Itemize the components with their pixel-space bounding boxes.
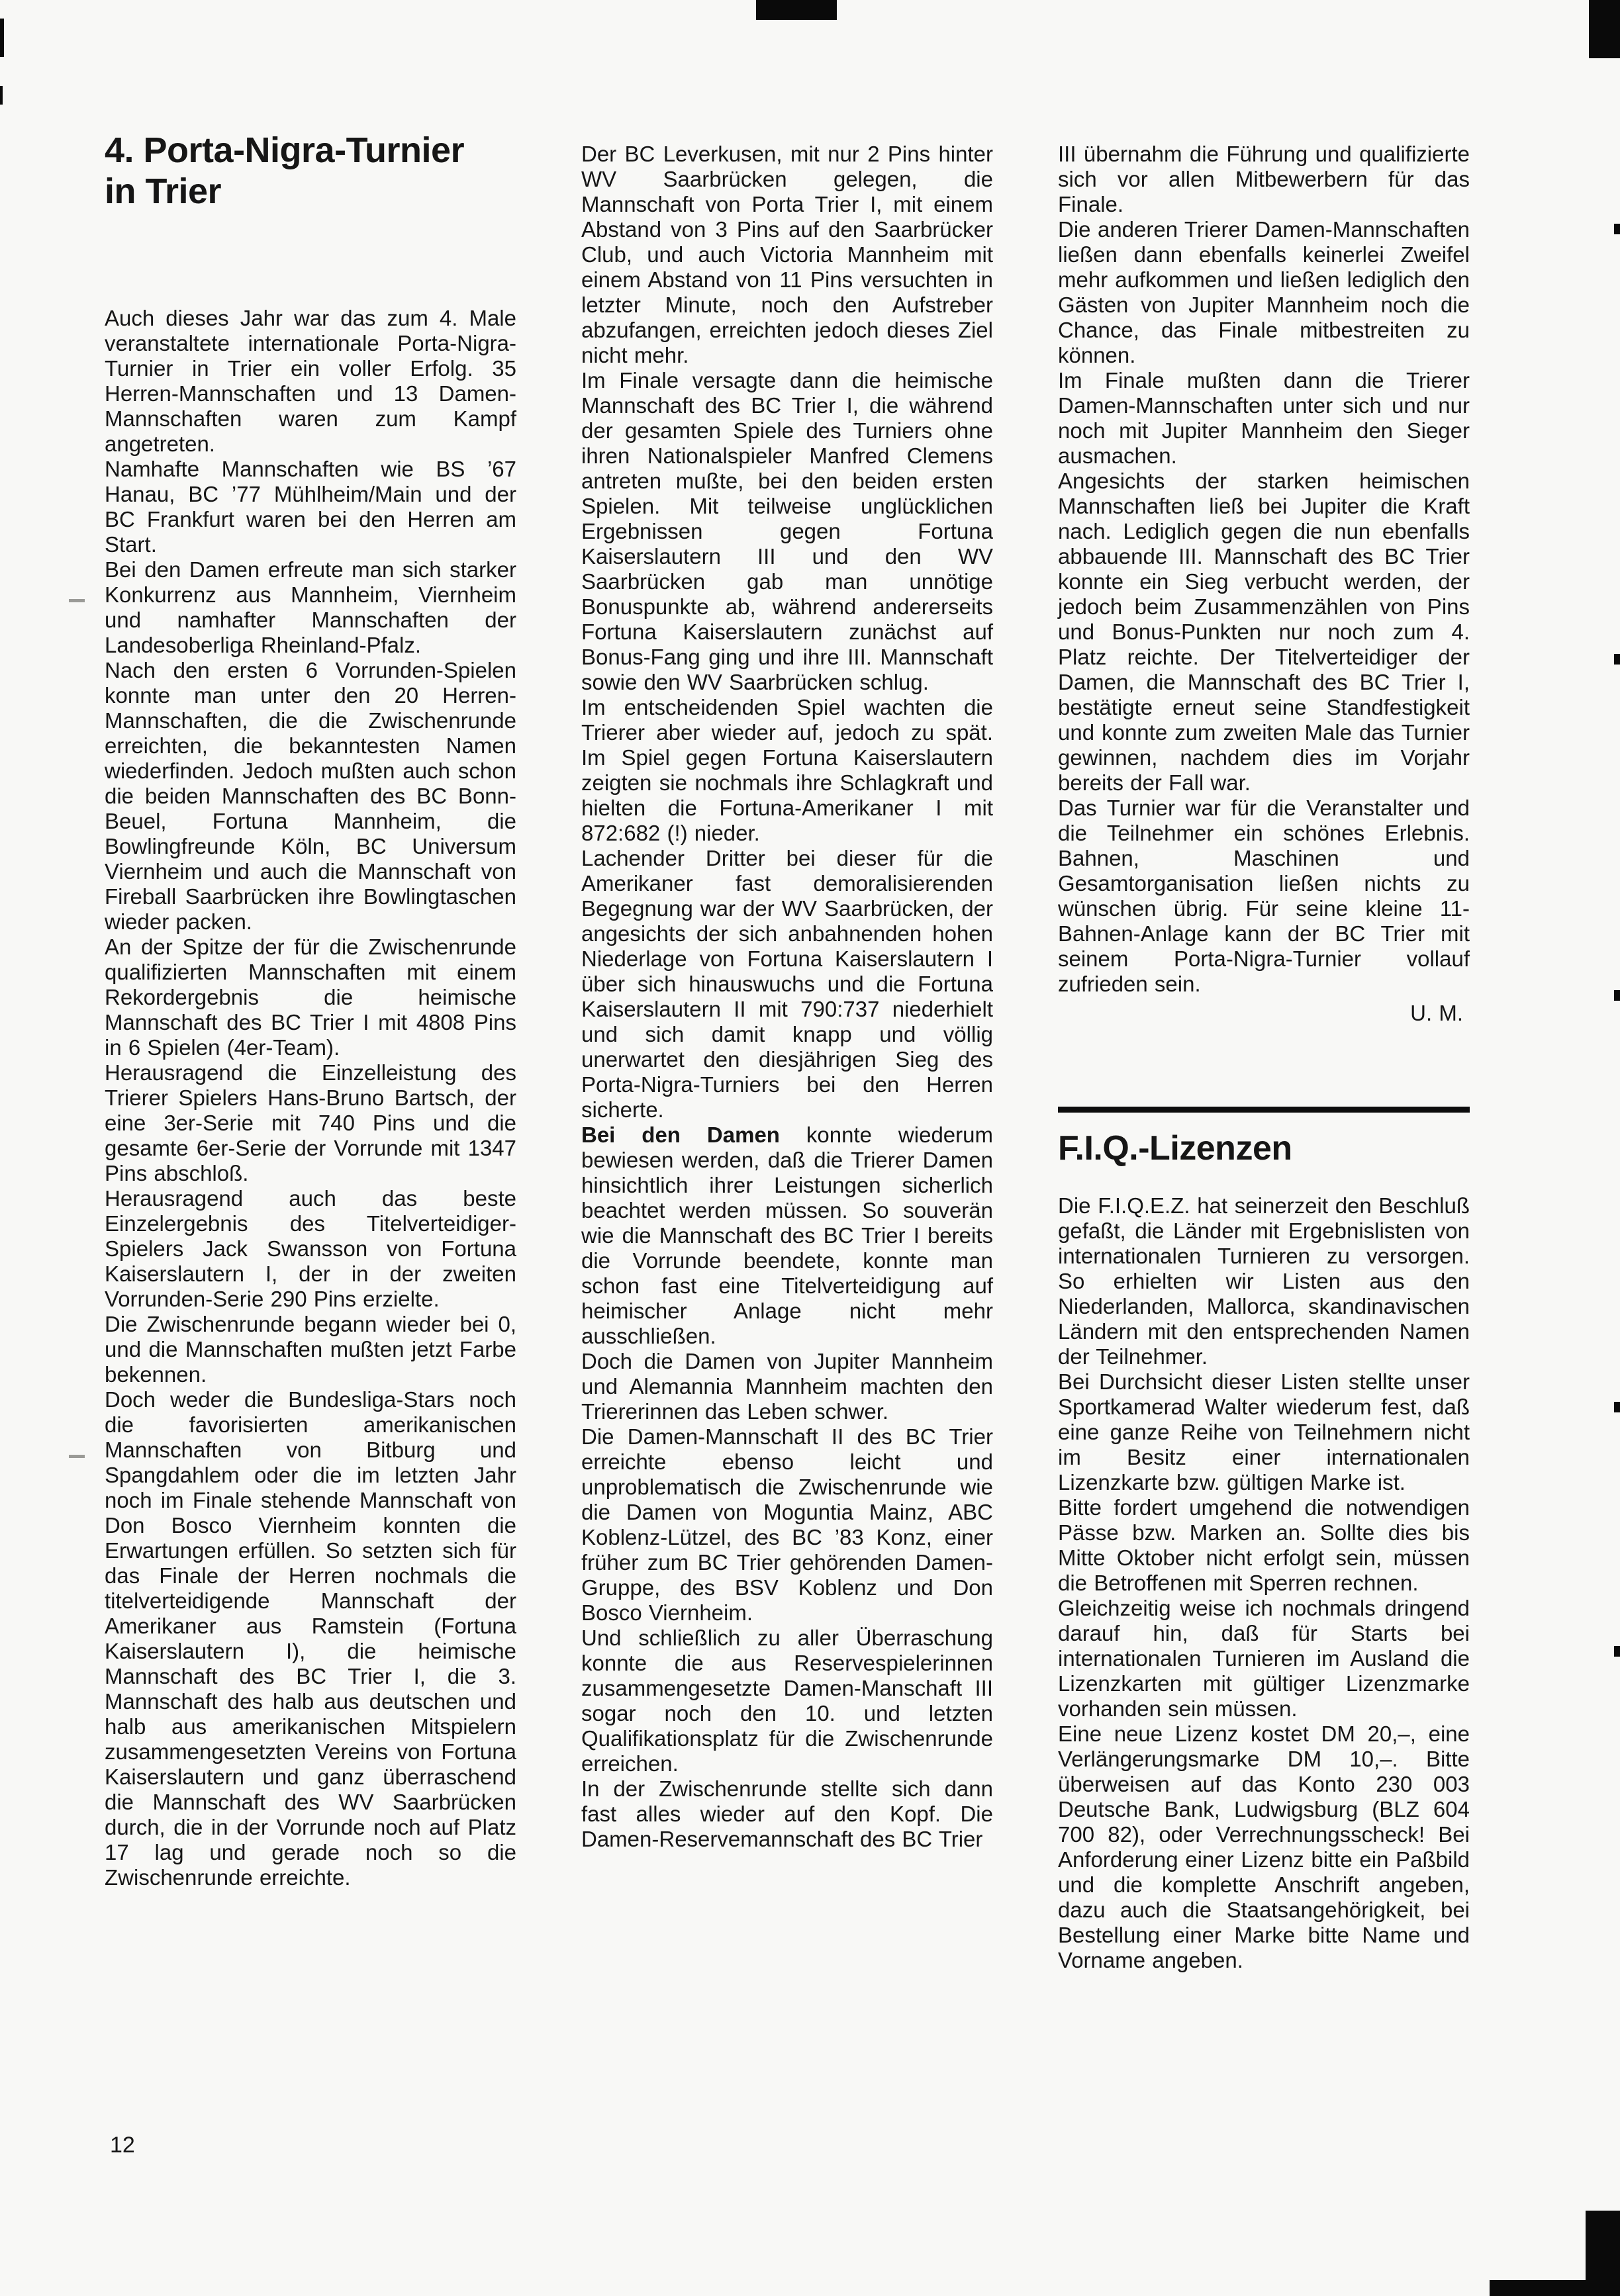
paragraph: Angesichts der starken heimischen Mannsc… xyxy=(1058,469,1470,796)
paragraph: Bei den Damen konnte wiederum bewiesen w… xyxy=(581,1123,993,1349)
paragraph: Gleichzeitig weise ich nochmals dringend… xyxy=(1058,1596,1470,1722)
scan-artifact-top-right-strip xyxy=(1589,0,1620,58)
paragraph: Im Finale mußten dann die Trierer Damen-… xyxy=(1058,368,1470,469)
section-divider-rule xyxy=(1058,1107,1470,1113)
paragraph: Die Damen-Mannschaft II des BC Trier err… xyxy=(581,1424,993,1626)
paragraph: Bei Durchsicht dieser Listen stellte uns… xyxy=(1058,1369,1470,1495)
scan-artifact-left-tick xyxy=(0,86,3,105)
page-number: 12 xyxy=(110,2133,135,2158)
scan-artifact-right-tick xyxy=(1614,654,1620,665)
scan-artifact-right-tick xyxy=(1614,1646,1620,1657)
paragraph: Doch weder die Bundesliga-Stars noch die… xyxy=(105,1387,516,1890)
paragraph: Nach den ersten 6 Vorrunden-Spielen konn… xyxy=(105,658,516,935)
article-title-porta-nigra: 4. Porta-Nigra-Turnier in Trier xyxy=(105,130,542,212)
paragraph: Im entscheidenden Spiel wachten die Trie… xyxy=(581,695,993,846)
scan-artifact-left-tick xyxy=(0,19,4,57)
paragraph: Herausragend die Einzelleistung des Trie… xyxy=(105,1060,516,1186)
pencil-mark xyxy=(69,599,85,602)
paragraph: Herausragend auch das beste Einzelergebn… xyxy=(105,1186,516,1312)
article-title-fiq: F.I.Q.-Lizenzen xyxy=(1058,1130,1470,1167)
magazine-page: 4. Porta-Nigra-Turnier in Trier Auch die… xyxy=(0,0,1620,2296)
column-1: Auch dieses Jahr war das zum 4. Male ver… xyxy=(105,306,516,1890)
scan-artifact-right-tick xyxy=(1614,1402,1620,1412)
paragraph: Und schließlich zu aller Überraschung ko… xyxy=(581,1626,993,1776)
paragraph-bold-lead: Bei den Damen xyxy=(581,1123,780,1147)
scan-artifact-top-bar xyxy=(756,0,837,20)
author-initials: U. M. xyxy=(1058,1001,1470,1026)
scan-artifact-right-tick xyxy=(1614,990,1620,1001)
paragraph: Doch die Damen von Jupiter Mannheim und … xyxy=(581,1349,993,1424)
paragraph: Bei den Damen erfreute man sich starker … xyxy=(105,557,516,658)
column-3: III übernahm die Führung und qualifizier… xyxy=(1058,142,1470,1026)
scan-artifact-right-tick xyxy=(1614,224,1620,234)
column-2: Der BC Leverkusen, mit nur 2 Pins hinter… xyxy=(581,142,993,1852)
paragraph: An der Spitze der für die Zwischenrunde … xyxy=(105,935,516,1060)
paragraph: Das Turnier war für die Veranstalter und… xyxy=(1058,796,1470,997)
paragraph: Im Finale versagte dann die heimische Ma… xyxy=(581,368,993,695)
paragraph: III übernahm die Führung und qualifizier… xyxy=(1058,142,1470,217)
article-title-line: in Trier xyxy=(105,171,542,212)
paragraph: Die anderen Trierer Damen-Mannschaften l… xyxy=(1058,217,1470,368)
pencil-mark xyxy=(69,1455,85,1458)
scan-artifact-bottom-right-block xyxy=(1586,2211,1620,2296)
paragraph: Bitte fordert umgehend die notwendigen P… xyxy=(1058,1495,1470,1596)
article-fiq: F.I.Q.-Lizenzen Die F.I.Q.E.Z. hat seine… xyxy=(1058,1107,1470,1973)
paragraph: Auch dieses Jahr war das zum 4. Male ver… xyxy=(105,306,516,457)
paragraph: Namhafte Mannschaften wie BS ’67 Hanau, … xyxy=(105,457,516,557)
paragraph-text: konnte wiederum bewiesen werden, daß die… xyxy=(581,1123,993,1348)
paragraph: Die Zwischenrunde begann wieder bei 0, u… xyxy=(105,1312,516,1387)
paragraph: In der Zwischenrunde stellte sich dann f… xyxy=(581,1776,993,1852)
article-title-line: 4. Porta-Nigra-Turnier xyxy=(105,130,542,171)
paragraph: Die F.I.Q.E.Z. hat seinerzeit den Beschl… xyxy=(1058,1193,1470,1369)
paragraph: Lachender Dritter bei dieser für die Ame… xyxy=(581,846,993,1123)
paragraph: Der BC Leverkusen, mit nur 2 Pins hinter… xyxy=(581,142,993,368)
paragraph: Eine neue Lizenz kostet DM 20,–, eine Ve… xyxy=(1058,1722,1470,1973)
